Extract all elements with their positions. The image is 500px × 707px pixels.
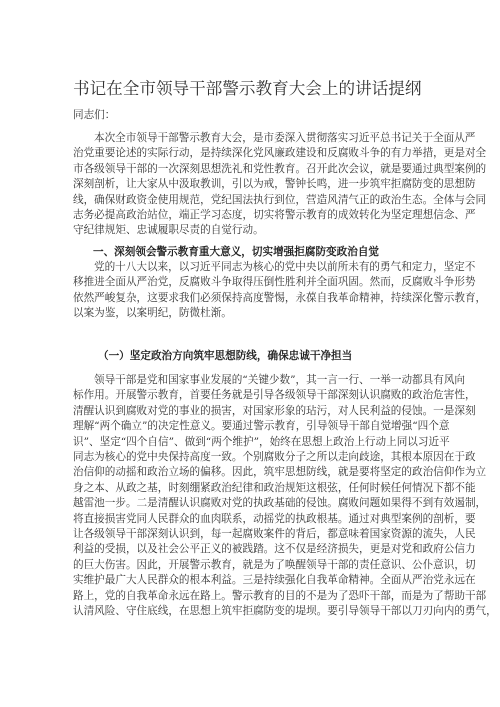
salutation: 同志们：: [73, 108, 115, 123]
text-line: 线，确保财政资金使用规范，党纪国法执行到位，营造风清气正的政治生态。全体与会同: [73, 193, 428, 208]
text-line: 守纪律规矩、忠诚履职尽责的自觉行动。: [73, 223, 428, 238]
text-line: 越雷池一步。二是清醒认识腐败对党的执政基础的侵蚀。腐败问题如果得不到有效遏制，: [73, 496, 428, 511]
text-line: 身之本、从政之基，时刻绷紧政治纪律和政治规矩这根弦，任何时候任何情况下都不能: [73, 481, 428, 496]
text-line: 认清风险、守住底线，在思想上筑牢拒腐防变的堤坝。要引导领导干部以刀刃向内的勇气，: [73, 604, 428, 619]
text-line: 本次全市领导干部警示教育大会，是市委深入贯彻落实习近平总书记关于全面从严: [73, 131, 428, 146]
text-line: 移推进全面从严治党，反腐败斗争取得压倒性胜利并全面巩固。然而，反腐败斗争形势: [73, 275, 428, 290]
text-line: 志务必提高政治站位，端正学习态度，切实将警示教育的成效转化为坚定理想信念、严: [73, 208, 428, 223]
text-line: 实维护最广大人民群众的根本利益。三是持续强化自我革命精神。全面从严治党永远在: [73, 573, 428, 588]
document-page: 书记在全市领导干部警示教育大会上的讲话提纲 同志们： 本次全市领导干部警示教育大…: [0, 0, 500, 707]
text-line: 理解“两个确立”的决定性意义。要通过警示教育，引导领导干部自觉增强“四个意: [73, 419, 428, 434]
text-line: 让各级领导干部深刻认识到，每一起腐败案件的背后，都意味着国家资源的流失，人民: [73, 527, 428, 542]
text-line: 治党重要论述的实际行动，是持续深化党风廉政建设和反腐败斗争的有力举措，更是对全: [73, 146, 428, 161]
text-line: 标作用。开展警示教育，首要任务就是引导各级领导干部深刻认识腐败的政治危害性，: [73, 388, 428, 403]
subsection1-paragraph: 领导干部是党和国家事业发展的“关键少数”，其一言一行、一举一动都具有风向 标作用…: [73, 373, 428, 620]
text-line: 深刻剖析，让大家从中汲取教训，引以为戒，警钟长鸣，进一步筑牢拒腐防变的思想防: [73, 177, 428, 192]
text-line: 同志为核心的党中央保持高度一致。个别腐败分子之所以走向歧途，其根本原因在于政: [73, 450, 428, 465]
text-line: 识”、坚定“四个自信”、做到“两个维护”，始终在思想上政治上行动上同以习近平: [73, 435, 428, 450]
text-line: 将直接损害党同人民群众的血肉联系，动摇党的执政根基。通过对典型案例的剖析，要: [73, 512, 428, 527]
text-line: 依然严峻复杂，这要求我们必须保持高度警惕，永葆自我革命精神，持续深化警示教育，: [73, 291, 428, 306]
document-title: 书记在全市领导干部警示教育大会上的讲话提纲: [73, 78, 433, 100]
text-line: 以案为鉴，以案明纪，防微杜渐。: [73, 306, 428, 321]
text-line: 利益的受损，以及社会公平正义的被践踏。这不仅是经济损失，更是对党和政府公信力: [73, 542, 428, 557]
text-line: 的巨大伤害。因此，开展警示教育，就是为了唤醒领导干部的责任意识、公仆意识，切: [73, 558, 428, 573]
text-line: 路上，党的自我革命永远在路上。警示教育的目的不是为了恐吓干部，而是为了帮助干部: [73, 589, 428, 604]
text-line: 领导干部是党和国家事业发展的“关键少数”，其一言一行、一举一动都具有风向: [73, 373, 428, 388]
section1-paragraph: 党的十八大以来，以习近平同志为核心的党中央以前所未有的勇气和定力，坚定不 移推进…: [73, 260, 428, 322]
subsection-heading-1: （一）坚定政治方向筑牢思想防线，确保忠诚干净担当: [98, 349, 428, 364]
text-line: 市各级领导干部的一次深刻思想洗礼和党性教育。召开此次会议，就是要通过典型案例的: [73, 162, 428, 177]
section-heading-1: 一、深刻领会警示教育重大意义，切实增强拒腐防变政治自觉: [93, 245, 433, 260]
text-line: 党的十八大以来，以习近平同志为核心的党中央以前所未有的勇气和定力，坚定不: [73, 260, 428, 275]
intro-paragraph: 本次全市领导干部警示教育大会，是市委深入贯彻落实习近平总书记关于全面从严 治党重…: [73, 131, 428, 239]
text-line: 清醒认识到腐败对党的事业的损害，对国家形象的玷污，对人民利益的侵蚀。一是深刻: [73, 404, 428, 419]
text-line: 治信仰的动摇和政治立场的偏移。因此，筑牢思想防线，就是要将坚定的政治信仰作为立: [73, 465, 428, 480]
